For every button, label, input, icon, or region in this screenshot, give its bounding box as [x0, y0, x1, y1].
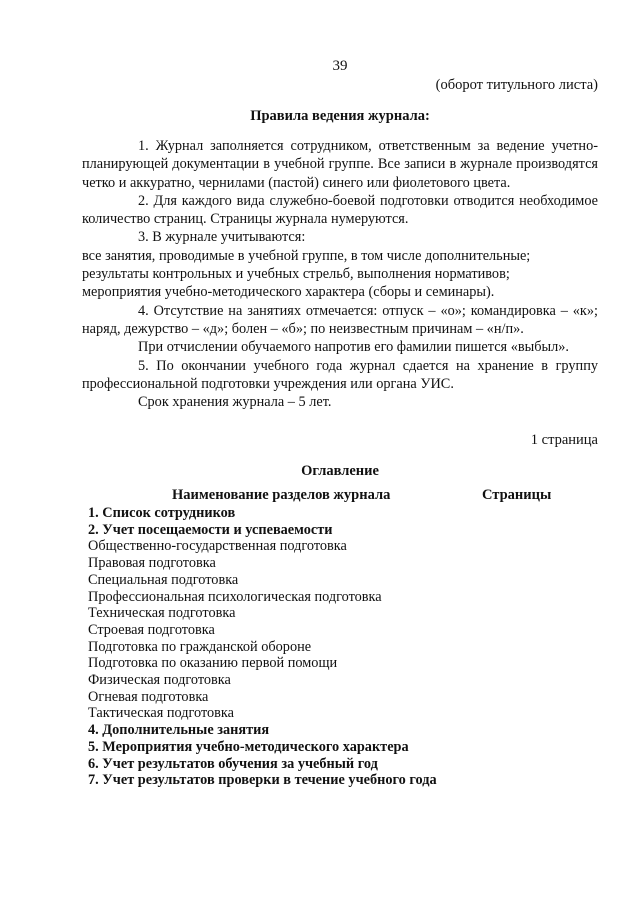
toc-item: 7. Учет результатов проверки в течение у…	[88, 772, 598, 789]
toc-item: Строевая подготовка	[88, 622, 598, 639]
toc-item: Тактическая подготовка	[88, 705, 598, 722]
toc-item: Подготовка по гражданской обороне	[88, 639, 598, 656]
toc-item: Подготовка по оказанию первой помощи	[88, 655, 598, 672]
page-subtitle: (оборот титульного листа)	[436, 77, 598, 94]
toc-item: Огневая подготовка	[88, 689, 598, 706]
toc-item: 1. Список сотрудников	[88, 505, 598, 522]
page-number: 39	[82, 58, 598, 75]
toc-item: 6. Учет результатов обучения за учебный …	[88, 756, 598, 773]
toc-item: 2. Учет посещаемости и успеваемости	[88, 522, 598, 539]
toc-item: Профессиональная психологическая подгото…	[88, 589, 598, 606]
rule-paragraph-storage: Срок хранения журнала – 5 лет.	[82, 393, 598, 411]
toc-item: Общественно-государственная подготовка	[88, 538, 598, 555]
rule-list-item: все занятия, проводимые в учебной группе…	[82, 247, 598, 265]
toc-item: Техническая подготовка	[88, 605, 598, 622]
rule-paragraph-2: 2. Для каждого вида служебно-боевой подг…	[82, 192, 598, 229]
toc-title: Оглавление	[82, 463, 598, 480]
rules-section: 1. Журнал заполняется сотрудником, ответ…	[82, 137, 598, 411]
rule-paragraph-4: 4. Отсутствие на занятиях отмечается: от…	[82, 302, 598, 339]
toc-item: 5. Мероприятия учебно-методического хара…	[88, 739, 598, 756]
rule-paragraph-1: 1. Журнал заполняется сотрудником, ответ…	[82, 137, 598, 192]
toc-column-sections: Наименование разделов журнала	[172, 487, 390, 504]
rules-title: Правила ведения журнала:	[82, 108, 598, 125]
toc-item: Физическая подготовка	[88, 672, 598, 689]
toc-item: Правовая подготовка	[88, 555, 598, 572]
toc-column-pages: Страницы	[482, 487, 551, 504]
rule-list-item: мероприятия учебно-методического характе…	[82, 283, 598, 301]
toc-list: 1. Список сотрудников2. Учет посещаемост…	[88, 505, 598, 789]
rule-list-item: результаты контрольных и учебных стрельб…	[82, 265, 598, 283]
rule-paragraph-3: 3. В журнале учитываются:	[82, 228, 598, 246]
rule-paragraph-expelled: При отчислении обучаемого напротив его ф…	[82, 338, 598, 356]
rule-paragraph-5: 5. По окончании учебного года журнал сда…	[82, 357, 598, 394]
toc-item: Специальная подготовка	[88, 572, 598, 589]
toc-item: 4. Дополнительные занятия	[88, 722, 598, 739]
page-label: 1 страница	[531, 432, 598, 449]
